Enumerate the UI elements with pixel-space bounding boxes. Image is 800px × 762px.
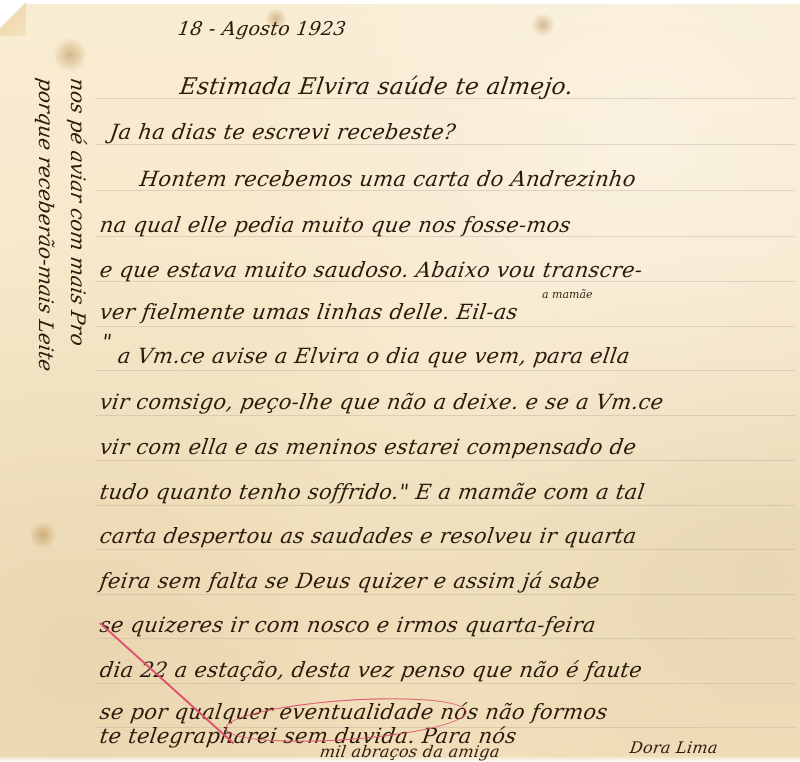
letter-page: 18 - Agosto 1923 Estimada Elvira saúde t… bbox=[0, 0, 800, 762]
body-line: Ja ha dias te escrevi recebeste? bbox=[108, 120, 457, 144]
ruled-line bbox=[95, 683, 795, 684]
ruled-line bbox=[95, 460, 795, 461]
paper-stain bbox=[55, 35, 85, 75]
ruled-line bbox=[95, 549, 795, 550]
ruled-line bbox=[95, 505, 795, 506]
body-line: ver fielmente umas linhas delle. Eil-as bbox=[98, 300, 519, 324]
letter-greeting: Estimada Elvira saúde te almejo. bbox=[178, 74, 575, 100]
ruled-line bbox=[95, 326, 795, 327]
body-line: tudo quanto tenho soffrido." E a mamãe c… bbox=[98, 480, 646, 504]
body-line: se por qualquer eventualidade nós não fo… bbox=[98, 700, 609, 724]
body-line: vir com ella e as meninos estarei compen… bbox=[98, 435, 638, 459]
body-line: Hontem recebemos uma carta do Andrezinho bbox=[138, 167, 637, 191]
margin-note: nos pé aviar com mais Pro bbox=[66, 77, 90, 348]
ruled-line bbox=[95, 415, 795, 416]
paper-corner-fold bbox=[0, 0, 26, 36]
inline-insert: a mamãe bbox=[542, 288, 593, 301]
letter-date: 18 - Agosto 1923 bbox=[176, 18, 347, 40]
quote-mark: " bbox=[100, 330, 113, 354]
paper-top-edge bbox=[0, 0, 800, 4]
ruled-line bbox=[95, 594, 795, 595]
body-line: na qual elle pedia muito que nos fosse-m… bbox=[98, 213, 572, 237]
margin-note: porque receberão-mais Leite bbox=[34, 77, 58, 373]
paper-stain bbox=[530, 14, 556, 36]
body-line: dia 22 a estação, desta vez penso que nã… bbox=[98, 658, 643, 682]
ruled-line bbox=[95, 370, 795, 371]
body-line: e que estava muito saudoso. Abaixo vou t… bbox=[98, 258, 644, 282]
paper-stain bbox=[30, 520, 56, 550]
body-line: feira sem falta se Deus quizer e assim j… bbox=[98, 569, 601, 593]
body-line: a Vm.ce avise a Elvira o dia que vem, pa… bbox=[116, 344, 631, 368]
body-line: se quizeres ir com nosco e irmos quarta-… bbox=[98, 613, 597, 637]
body-line: vir comsigo, peço-lhe que não a deixe. e… bbox=[98, 390, 665, 414]
ruled-line bbox=[95, 638, 795, 639]
ruled-line bbox=[95, 144, 795, 145]
closing-line: mil abraços da amiga bbox=[319, 742, 501, 761]
body-line: carta despertou as saudades e resolveu i… bbox=[98, 524, 638, 548]
signature: Dora Lima bbox=[629, 738, 720, 757]
